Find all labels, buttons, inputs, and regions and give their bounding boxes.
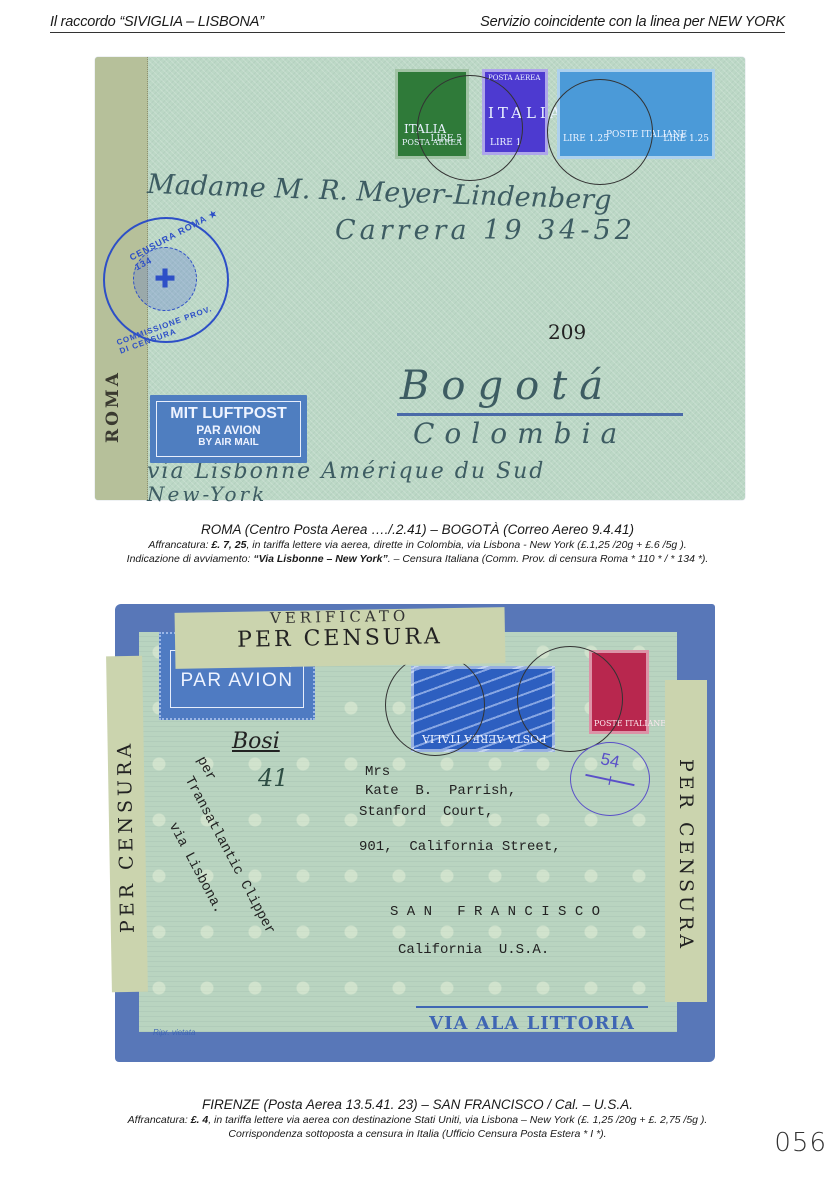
censor-seal-roma: ✚ CENSURA ROMA ★ 134 COMMISSIONE PROV. D…	[103, 217, 229, 343]
savoy-cross-icon: ✚	[154, 264, 176, 295]
via-ala-littoria-imprint: VIA ALA LITTORIA	[416, 1006, 648, 1034]
postmark-firenze-1	[385, 654, 485, 756]
cover-roma-bogota: ROMA ITALIA POSTA AEREA LIRE 5 POSTA AER…	[95, 57, 745, 500]
censor-tape-left: PER CENSURA	[106, 656, 148, 993]
header-left-title: Il raccordo “SIVIGLIA – LISBONA”	[50, 14, 264, 30]
address-line-5: S A N F R A N C I S C O	[390, 904, 600, 920]
address-line-2: Kate B. Parrish,	[365, 783, 516, 799]
caption-1-title: ROMA (Centro Posta Aerea …./.2.41) – BOG…	[0, 522, 835, 537]
censor-tape-label: ROMA	[103, 352, 139, 462]
caption-1-line-1: Affrancatura: £. 7, 25, in tariffa lette…	[0, 539, 835, 551]
country-colombia: Colombia	[413, 417, 627, 450]
handwritten-number: 41	[258, 764, 289, 792]
header-right-title: Servizio coincidente con la linea per NE…	[480, 14, 785, 30]
page-number: 056	[774, 1128, 827, 1158]
caption-2-line-1: Affrancatura: £. 4, in tariffa lettere v…	[0, 1114, 835, 1126]
censor-mark-54: 54 I	[570, 742, 650, 816]
handwritten-name: Bosi	[232, 729, 280, 754]
address-line-2: Carrera 19 34-52	[335, 215, 636, 246]
postmark-roma-1: ROMA CENTRO POSTA AEREA	[417, 75, 523, 181]
city-bogota: Bogotá	[400, 363, 615, 409]
address-line-1: Mrs	[365, 764, 390, 780]
caption-2-line-2: Corrispondenza sottoposta a censura in I…	[0, 1128, 835, 1140]
address-line-6: California U.S.A.	[398, 942, 549, 958]
caption-2-title: FIRENZE (Posta Aerea 13.5.41. 23) – SAN …	[0, 1097, 835, 1112]
postmark-roma-2	[547, 79, 653, 185]
censor-tape-top: VERIFICATO PER CENSURA	[175, 607, 506, 669]
cover-firenze-san-francisco: PER VIA AEREA PAR AVION POSTA AEREA ITAL…	[115, 604, 715, 1062]
address-line-4: 901, California Street,	[359, 839, 561, 855]
postmark-firenze-2	[517, 646, 623, 752]
number-mark: 209	[548, 320, 586, 344]
airmail-label-mit-luftpost: MIT LUFTPOST PAR AVION BY AIR MAIL	[150, 395, 307, 463]
censor-tape-right: PER CENSURA	[665, 680, 707, 1002]
routing-line-2: New-York	[147, 482, 267, 506]
page-header: Il raccordo “SIVIGLIA – LISBONA” Servizi…	[50, 10, 785, 33]
address-line-3: Stanford Court,	[359, 804, 493, 820]
printer-note: Ripr. vietata	[153, 1028, 195, 1037]
city-underline	[397, 413, 683, 416]
caption-1-line-2: Indicazione di avviamento: “Via Lisbonne…	[0, 553, 835, 565]
